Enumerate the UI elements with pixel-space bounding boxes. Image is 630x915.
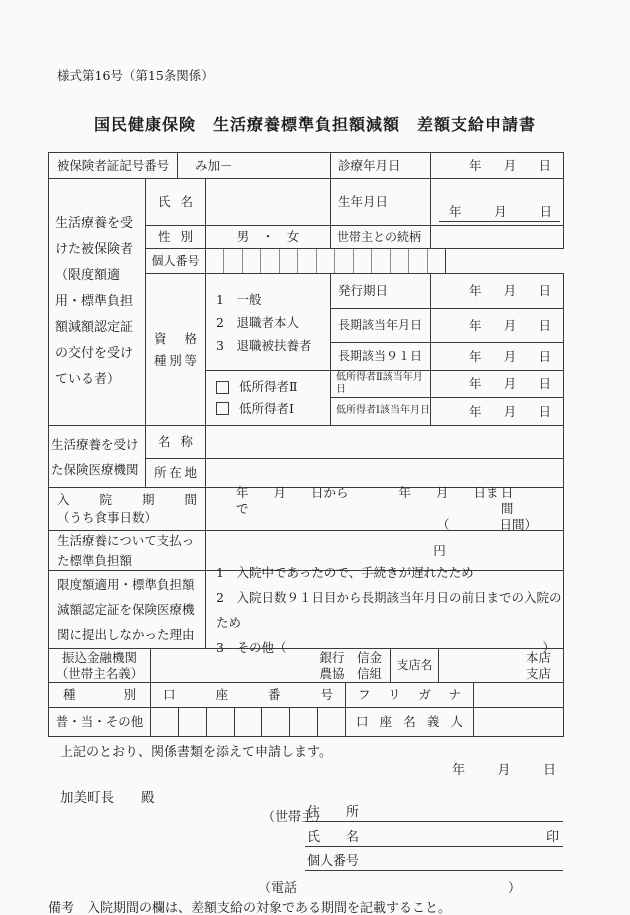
longterm-date-label: 長期該当年月日 (330, 308, 431, 343)
name-label: 氏名 (145, 178, 206, 226)
mynumber-line[interactable]: 個人番号 (305, 843, 563, 871)
bank-type-line1: 銀行 信金 (319, 650, 382, 666)
option-general: 1 一般 (216, 288, 330, 311)
day-label: 日 (538, 283, 551, 299)
month-label: 月 (504, 349, 517, 365)
low-income-checkboxes: 低所得者Ⅱ 低所得者Ⅰ (205, 370, 331, 426)
day-label: 日 (543, 759, 556, 778)
reason-option-2: 2 入院日数９１日目から長期該当年月日の前日までの入院のため (216, 585, 563, 635)
addressee: 加美町長 殿 (60, 786, 155, 806)
paid-amount-label: 生活療養について支払った標準負担額 (48, 530, 206, 571)
low-income-2-date-field[interactable]: 年月日 (430, 370, 564, 398)
qualification-options: 1 一般 2 退職者本人 3 退職被扶養者 (205, 273, 331, 371)
sex-value[interactable]: 男 ・ 女 (205, 225, 331, 249)
address-line[interactable]: 住 所 (305, 794, 563, 822)
phone-line[interactable]: （電話 ） (258, 877, 521, 896)
hospital-group-text: 生活療養を受けた保険医療機関 (51, 432, 143, 482)
year-label: 年 (469, 404, 482, 420)
stay-period-dates: 年 月 日から 年 月 日まで (236, 485, 501, 516)
name-field[interactable] (205, 178, 331, 226)
checkbox-low-income-2-icon[interactable] (216, 381, 229, 394)
checkbox-low-income-1-icon[interactable] (216, 402, 229, 415)
account-number-label: 口座番号 (150, 682, 346, 708)
sex-label: 性別 (145, 225, 206, 249)
month-label: 月 (504, 318, 517, 334)
kana-field[interactable] (473, 682, 564, 708)
longterm-91-field[interactable]: 年月日 (430, 342, 564, 371)
bank-label-line2: （世帯主名義） (56, 666, 144, 682)
account-number-boxes[interactable] (150, 707, 346, 737)
mynumber-label: 個人番号 (145, 248, 206, 274)
phone-label: （電話 (258, 877, 297, 896)
reason-options: 1 入院中であったので、手続きが遅れたため 2 入院日数９１日目から長期該当年月… (205, 570, 564, 649)
form-number: 様式第16号（第15条関係） (57, 66, 214, 84)
treatment-date-label: 診療年月日 (330, 152, 431, 179)
stay-period-label-line2: （うち食事日数） (57, 510, 197, 526)
reason-option-1: 1 入院中であったので、手続きが遅れたため (216, 560, 563, 585)
month-label: 月 (504, 376, 517, 392)
year-label: 年 (469, 376, 482, 392)
year-label: 年 (469, 283, 482, 299)
branch-office: 支店 (526, 666, 551, 682)
longterm-91-label: 長期該当９１日 (330, 342, 431, 371)
branch-field[interactable]: 本店 支店 (438, 648, 564, 683)
year-label: 年 (469, 349, 482, 365)
insured-person-group-label: 生活療養を受けた被保険者（限度額適用・標準負担額減額認定証の交付を受けている者） (48, 178, 146, 426)
note-text: 備考 入院期間の欄は、差額支給の対象である期間を記載すること。 (48, 897, 451, 915)
stay-period-days: 日間 (501, 485, 525, 516)
hospital-group-label: 生活療養を受けた保険医療機関 (48, 425, 146, 488)
relation-label: 世帯主との続柄 (330, 225, 431, 249)
mynumber-boxes[interactable] (205, 248, 446, 274)
insured-card-number-value[interactable]: み加－ (177, 152, 331, 179)
bank-label: 振込金融機関 （世帯主名義） (48, 648, 151, 683)
option-retired-self: 2 退職者本人 (216, 311, 330, 334)
bank-label-line1: 振込金融機関 (62, 650, 137, 666)
day-label: 日 (538, 318, 551, 334)
year-label: 年 (469, 318, 482, 334)
page-title: 国民健康保険 生活療養標準負担額減額 差額支給申請書 (0, 112, 630, 135)
reason-text: 限度額適用・標準負担額減額認定証を保険医療機関に提出しなかった理由 (57, 572, 197, 647)
stay-period-label: 入院期間 （うち食事日数） (48, 487, 206, 531)
birthdate-field[interactable]: 年月日 (430, 178, 564, 226)
year-label: 年 (469, 158, 482, 174)
qualification-type-label-line2: 種別等 (154, 353, 197, 369)
month-label: 月 (504, 404, 517, 420)
declaration-text: 上記のとおり、関係書類を添えて申請します。 (60, 741, 332, 760)
kana-label: フリガナ (345, 682, 474, 708)
low-income-2-date-label: 低所得者Ⅱ該当年月日 (330, 370, 431, 398)
application-date[interactable]: 年月日 (452, 759, 556, 778)
year-label: 年 (449, 204, 462, 220)
insured-person-group-text: 生活療養を受けた被保険者（限度額適用・標準負担額減額認定証の交付を受けている者） (55, 211, 139, 393)
account-holder-field[interactable] (473, 707, 564, 737)
reason-label: 限度額適用・標準負担額減額認定証を保険医療機関に提出しなかった理由 (48, 570, 206, 649)
birthdate-label: 生年月日 (330, 178, 431, 226)
longterm-date-field[interactable]: 年月日 (430, 308, 564, 343)
treatment-date-field[interactable]: 年月日 (430, 152, 564, 179)
yen-label: 円 (433, 543, 446, 559)
hospital-address-label: 所在地 (145, 458, 206, 488)
stay-period-label-line1: 入院期間 (57, 492, 197, 508)
day-label: 日 (538, 376, 551, 392)
phone-close: ） (508, 877, 521, 896)
account-holder-label: 口座名義人 (345, 707, 474, 737)
account-type-label: 種別 (48, 682, 151, 708)
address-label: 住 所 (307, 801, 359, 820)
insured-card-number-label: 被保険者証記号番号 (48, 152, 178, 179)
day-label: 日 (538, 404, 551, 420)
day-label: 日 (539, 204, 552, 220)
month-label: 月 (497, 759, 510, 778)
low-income-1-date-label: 低所得者Ⅰ該当年月日 (330, 397, 431, 426)
option-retired-dependent: 3 退職被扶養者 (216, 334, 330, 357)
account-type-value[interactable]: 普・当・その他 (48, 707, 151, 737)
qualification-type-label-line1: 資格 (154, 331, 197, 347)
day-label: 日 (538, 349, 551, 365)
issue-date-label: 発行期日 (330, 273, 431, 309)
mynumber-label: 個人番号 (307, 850, 359, 869)
issue-date-field[interactable]: 年月日 (430, 273, 564, 309)
qualification-type-label: 資格 種別等 (145, 273, 206, 426)
bank-name-field[interactable]: 銀行 信金 農協 信組 (150, 648, 391, 683)
low-income-1-label: 低所得者Ⅰ (239, 401, 294, 417)
year-label: 年 (452, 759, 465, 778)
stay-period-field[interactable]: 年 月 日から 年 月 日まで 日間 （ 日間） (205, 487, 564, 531)
day-label: 日 (538, 158, 551, 174)
month-label: 月 (504, 158, 517, 174)
hospital-name-label: 名称 (145, 425, 206, 459)
bank-type-line2: 農協 信組 (319, 666, 382, 682)
relation-field[interactable] (430, 225, 564, 249)
application-form-page: 様式第16号（第15条関係） 国民健康保険 生活療養標準負担額減額 差額支給申請… (0, 0, 630, 915)
branch-label: 支店名 (390, 648, 439, 683)
hospital-address-field[interactable] (205, 458, 564, 488)
hospital-name-field[interactable] (205, 425, 564, 459)
month-label: 月 (494, 204, 507, 220)
month-label: 月 (504, 283, 517, 299)
low-income-2-label: 低所得者Ⅱ (239, 379, 298, 395)
paid-amount-text: 生活療養について支払った標準負担額 (57, 531, 197, 571)
low-income-1-date-field[interactable]: 年月日 (430, 397, 564, 426)
branch-head-office: 本店 (526, 650, 551, 666)
